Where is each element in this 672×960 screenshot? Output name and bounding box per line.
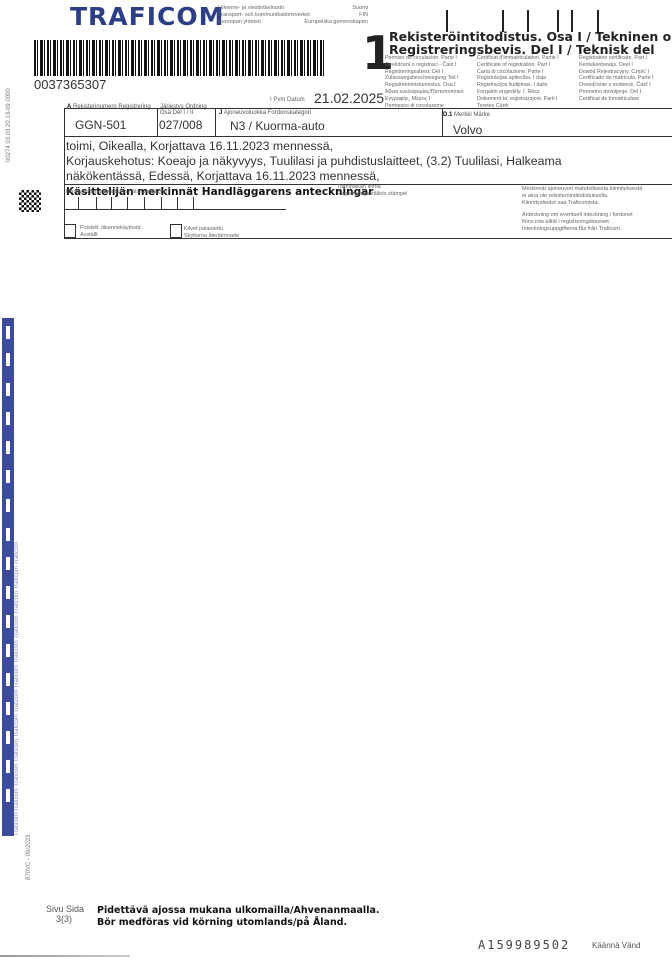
field-code: D.1	[443, 112, 452, 118]
certificate-translations-col1: Permiso de circulación. Parte I Osvědčen…	[385, 55, 483, 109]
issue-date: 21.02.2025	[314, 90, 384, 106]
agency-line: Euroopan yhteisö	[218, 19, 261, 25]
checkbox-label-fi: Kilvet palautettu	[184, 226, 239, 233]
agency-line: Liikenne- ja viestintävirasto	[218, 5, 284, 11]
field-label: Rekisterinumero Registrering	[73, 104, 151, 110]
lien-note-sv: Anteckning om eventuell inteckning i for…	[522, 212, 672, 233]
date-label: I Pvm Datum	[270, 97, 305, 103]
registration-number: GGN-501	[75, 118, 126, 132]
remark-line: toimi, Oikealla, Korjattava 16.11.2023 m…	[66, 139, 562, 154]
table-rule	[64, 108, 672, 109]
stripe-dash	[6, 644, 10, 657]
turn-page-label: Käännä Vänd	[592, 941, 641, 950]
note-line: Inteckningsuppgifterna fås från Traficom…	[522, 226, 672, 233]
stamp-label-sv: Registreringsställets stämpel	[337, 191, 407, 198]
date-tick	[144, 197, 145, 209]
footer-rule	[0, 955, 130, 957]
deregistered-label: Poistett. liikennekäytöstä Avställt	[80, 225, 141, 239]
translation: Osvědčení o registraci - Část I	[385, 62, 483, 69]
part-number: 027/008	[159, 118, 202, 132]
stripe-text: Traficom Traficom Traficom Traficom Traf…	[14, 318, 26, 836]
stripe-dash	[6, 586, 10, 599]
stripe-dash	[6, 470, 10, 483]
stripe-dash	[6, 615, 10, 628]
plates-returned-checkbox[interactable]	[170, 224, 182, 238]
stripe-dash	[6, 353, 10, 366]
stripe-dash	[6, 412, 10, 425]
category-label: J Ajoneuvoluokka Fordonskategori	[219, 110, 311, 116]
carry-notice: Pidettävä ajossa mukana ulkomailla/Ahven…	[97, 905, 379, 929]
agency-country: Suomi	[352, 5, 368, 12]
inspection-remarks: toimi, Oikealla, Korjattava 16.11.2023 m…	[66, 139, 562, 184]
document-title: Rekisteröintitodistus. Osa I / Tekninen …	[389, 30, 672, 56]
field-label: Merkki Märke	[454, 112, 490, 118]
note-line: finns inte alltid i registreringsbeviset…	[522, 219, 672, 226]
date-tick	[111, 197, 112, 209]
translation: Prometno dovoljenje. Del I	[579, 89, 671, 96]
translation: Registreerimistunnistus. Osa I	[385, 82, 483, 89]
traficom-logo: TRAFICOM	[70, 2, 225, 31]
date-tick	[78, 197, 79, 209]
checkbox-label-fi: Poistett. liikennekäytöstä	[80, 225, 141, 232]
date-tick	[96, 197, 97, 209]
translation: Zulassungsbescheinigung Teil I	[385, 75, 483, 82]
agency-line: Transport- och kommunikationsverket	[218, 12, 310, 18]
translation: Registracijos liudijimas. I dalis	[477, 82, 575, 89]
part-label: Järjestys Ordning Osa Del I / II	[160, 104, 212, 116]
remark-line: Korjauskehotus: Koeajo ja näkyvyys, Tuul…	[66, 154, 562, 169]
stripe-dash	[6, 441, 10, 454]
agency-names: Liikenne- ja viestintävirastoSuomi Trans…	[218, 5, 368, 26]
table-rule	[157, 108, 158, 136]
stripe-dash	[6, 760, 10, 773]
table-rule	[215, 108, 216, 136]
side-code: 00274 03 03 20 13-09 0000	[6, 88, 12, 162]
stripe-dash	[6, 326, 10, 339]
make-label: D.1 Merkki Märke	[443, 112, 490, 118]
stripe-dash	[6, 731, 10, 744]
translation: Reģistrācijas apliecība. I daļa	[477, 75, 575, 82]
vehicle-make: Volvo	[453, 123, 482, 137]
certificate-translations-col3: Registration certificate. Part I Kenteke…	[579, 55, 671, 103]
field-code: A	[67, 104, 71, 110]
stripe-dash	[6, 528, 10, 541]
translation: Registration certificate. Part I	[579, 55, 671, 62]
stripe-dash	[6, 789, 10, 802]
agency-country: Europeiska gemenskapen	[304, 19, 368, 26]
stripe-dash	[6, 499, 10, 512]
table-rule	[64, 238, 672, 239]
stripe-dash	[6, 702, 10, 715]
date-tick	[161, 197, 162, 209]
translation: Permiso de circulación. Parte I	[385, 55, 483, 62]
lien-note-fi: Merkinnät ajoneuvon mahdollisesta kiinni…	[522, 186, 672, 207]
note-line: Kiinnitystiedot saa Traficomista.	[522, 200, 672, 207]
note-line: ei aina ole rekisteröintitodistuksella.	[522, 193, 672, 200]
translation: Dowód Rejestracyjny. Część I	[579, 69, 671, 76]
translation: Forgalmi engedély. I. Rész	[477, 89, 575, 96]
datamatrix-code	[19, 190, 41, 212]
translation: Certificate of registration. Part I	[477, 62, 575, 69]
received-label: Ilmoitus vastaanotettu Anmälan mottagen	[66, 189, 167, 196]
date-underline	[64, 209, 286, 210]
field-code: J	[219, 110, 222, 116]
vehicle-category: N3 / Kuorma-auto	[230, 119, 325, 133]
field-label: Ajoneuvoluokka Fordonskategori	[224, 110, 311, 116]
deregistered-checkbox[interactable]	[64, 224, 76, 238]
translation: Dokument ta' reġistrazzjoni. Parti I	[477, 96, 575, 103]
translation: Certificat de înmatriculare	[579, 96, 671, 103]
stripe-dash	[6, 557, 10, 570]
carry-notice-fi: Pidettävä ajossa mukana ulkomailla/Ahven…	[97, 905, 379, 917]
barcode-number: 0037365307	[34, 77, 106, 92]
stripe-dash	[6, 673, 10, 686]
stripe-text-content: Traficom Traficom Traficom Traficom Traf…	[14, 318, 20, 836]
stamp-label-fi: Toimipaikan leima	[337, 184, 381, 191]
registration-label: A Rekisterinumero Registrering	[67, 104, 151, 110]
certificate-translations-col2: Certificat d'immatriculation. Partie I C…	[477, 55, 575, 109]
page-label: Sivu Sida	[46, 904, 84, 914]
translation: Εγγραφής, Μέρος I	[385, 96, 483, 103]
date-tick	[193, 197, 194, 209]
note-line: Anteckning om eventuell inteckning i for…	[522, 212, 672, 219]
page-indicator: Sivu Sida 3(3)	[46, 904, 84, 924]
translation: Registreringsattest. Del I	[385, 69, 483, 76]
serial-number: A159989502	[478, 938, 570, 952]
table-rule	[64, 108, 65, 238]
table-rule	[64, 136, 672, 137]
translation: Άδεια κυκλοφορίας/Πιστοποιητικό	[385, 89, 483, 96]
translation: Certificat d'immatriculation. Partie I	[477, 55, 575, 62]
stripe-dash	[6, 383, 10, 396]
carry-notice-sv: Bör medföras vid körning utomlands/på Ål…	[97, 917, 379, 929]
date-tick	[177, 197, 178, 209]
translation: Osvedčenie o evidencii. Časť I	[579, 82, 671, 89]
agency-country: FIN	[359, 12, 368, 19]
note-line: Merkinnät ajoneuvon mahdollisesta kiinni…	[522, 186, 672, 193]
form-code: 870VC - 09/2023	[26, 835, 32, 880]
page-number: 3(3)	[46, 914, 84, 924]
remark-line: näkökentässä, Edessä, Korjattava 16.11.2…	[66, 169, 562, 184]
barcode	[34, 40, 326, 76]
date-tick	[127, 197, 128, 209]
translation: Kentekenbewijs. Deel I	[579, 62, 671, 69]
